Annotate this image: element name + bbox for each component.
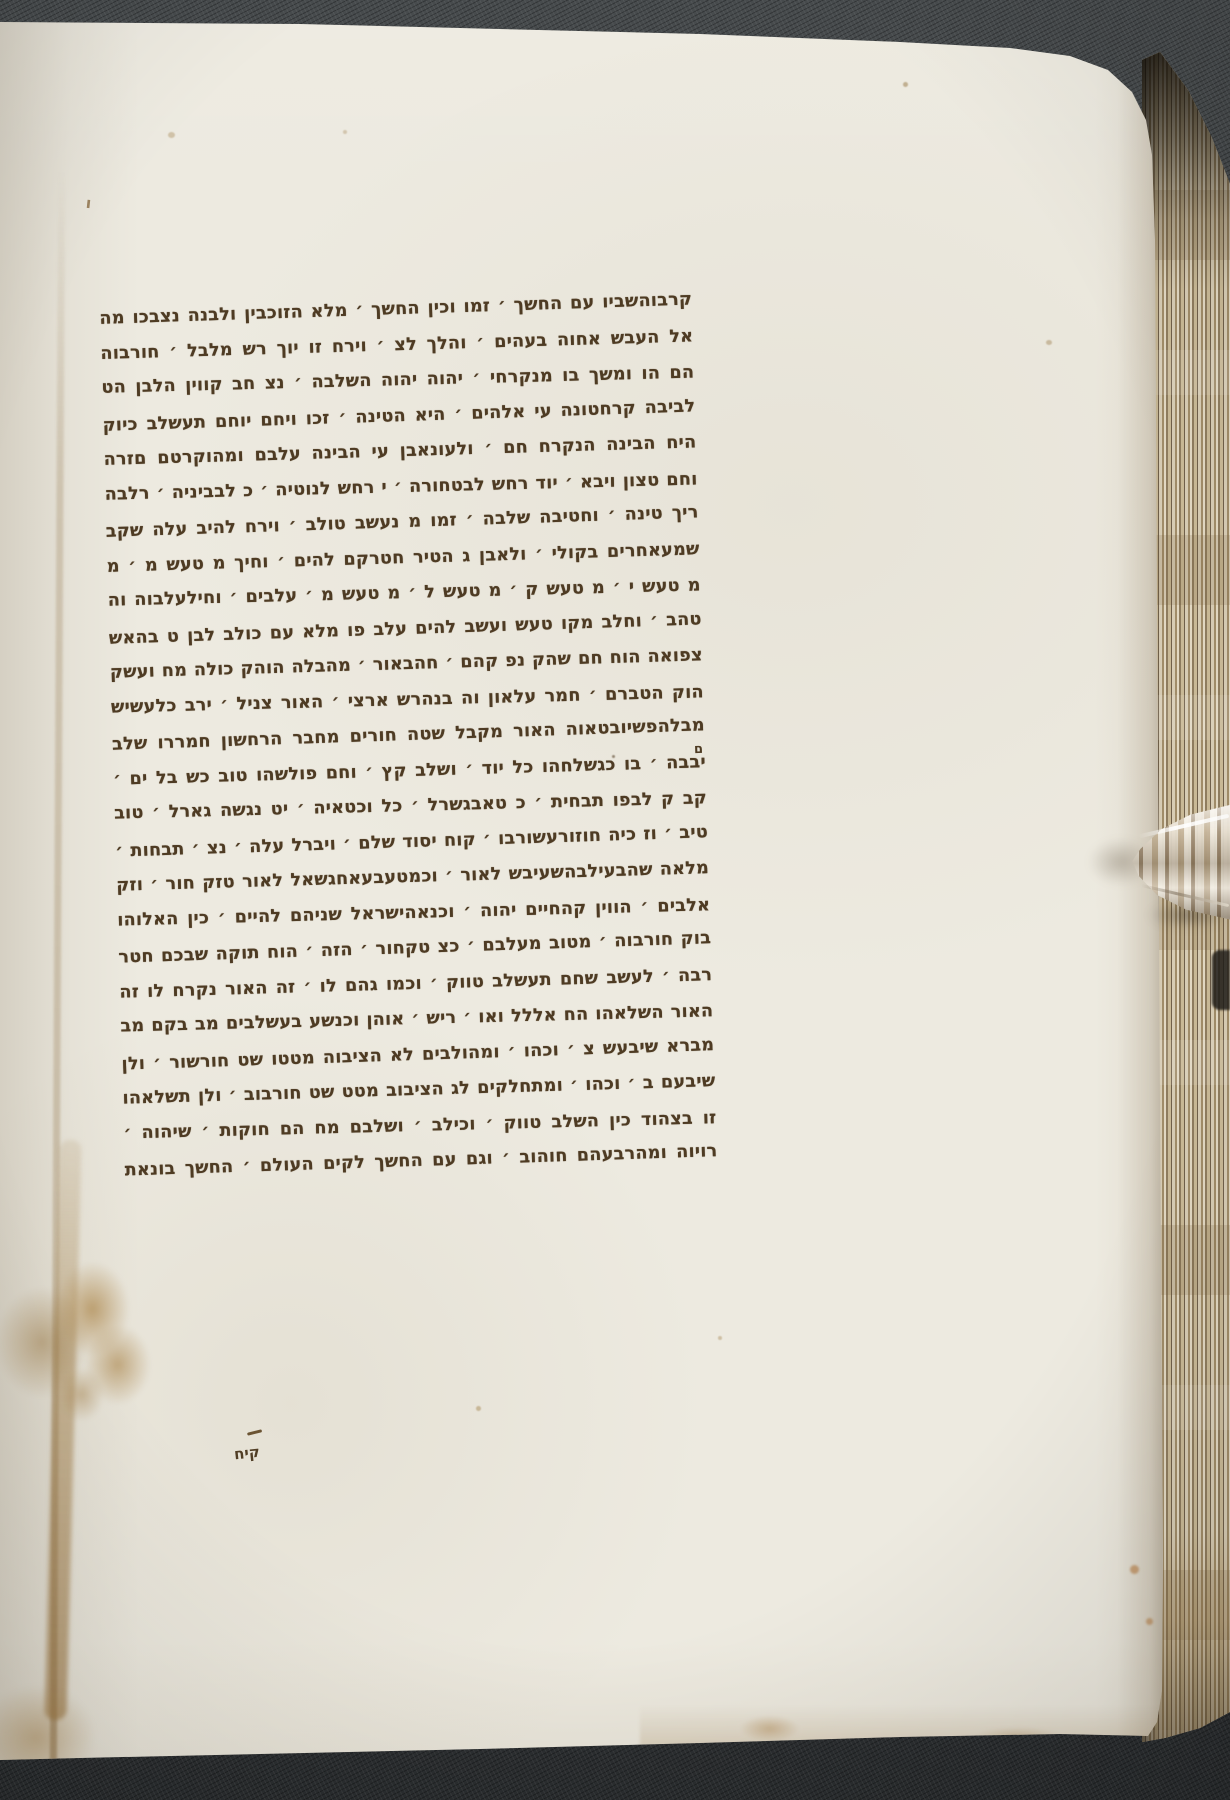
text-block: קרבוהשביו עם החשך ׳ זמו וכין החשך ׳ מלא … — [99, 283, 718, 1188]
foxing-speck — [718, 1336, 722, 1340]
foxing-speck — [1046, 340, 1052, 345]
damp-stain-blob — [0, 1250, 168, 1435]
manuscript-photo: ı קרבוהשביו עם החשך ׳ זמו וכין החשך ׳ מל… — [0, 0, 1230, 1800]
glass-weight — [1126, 800, 1230, 922]
foxing-speck — [476, 1406, 481, 1411]
margin-note: ם — [694, 742, 704, 757]
foxing-speck — [343, 130, 347, 134]
foxing-speck — [903, 82, 908, 87]
dark-edge-notch — [1212, 950, 1230, 1010]
foliation-mark: ı — [85, 194, 92, 212]
rust-spot — [1130, 1565, 1139, 1574]
rust-spot — [1146, 1618, 1153, 1625]
catchword-mark — [247, 1429, 262, 1435]
manuscript-page: ı קרבוהשביו עם החשך ׳ זמו וכין החשך ׳ מל… — [0, 0, 1165, 1800]
foxing-speck — [168, 132, 175, 138]
catchword: קיח — [233, 1443, 261, 1464]
